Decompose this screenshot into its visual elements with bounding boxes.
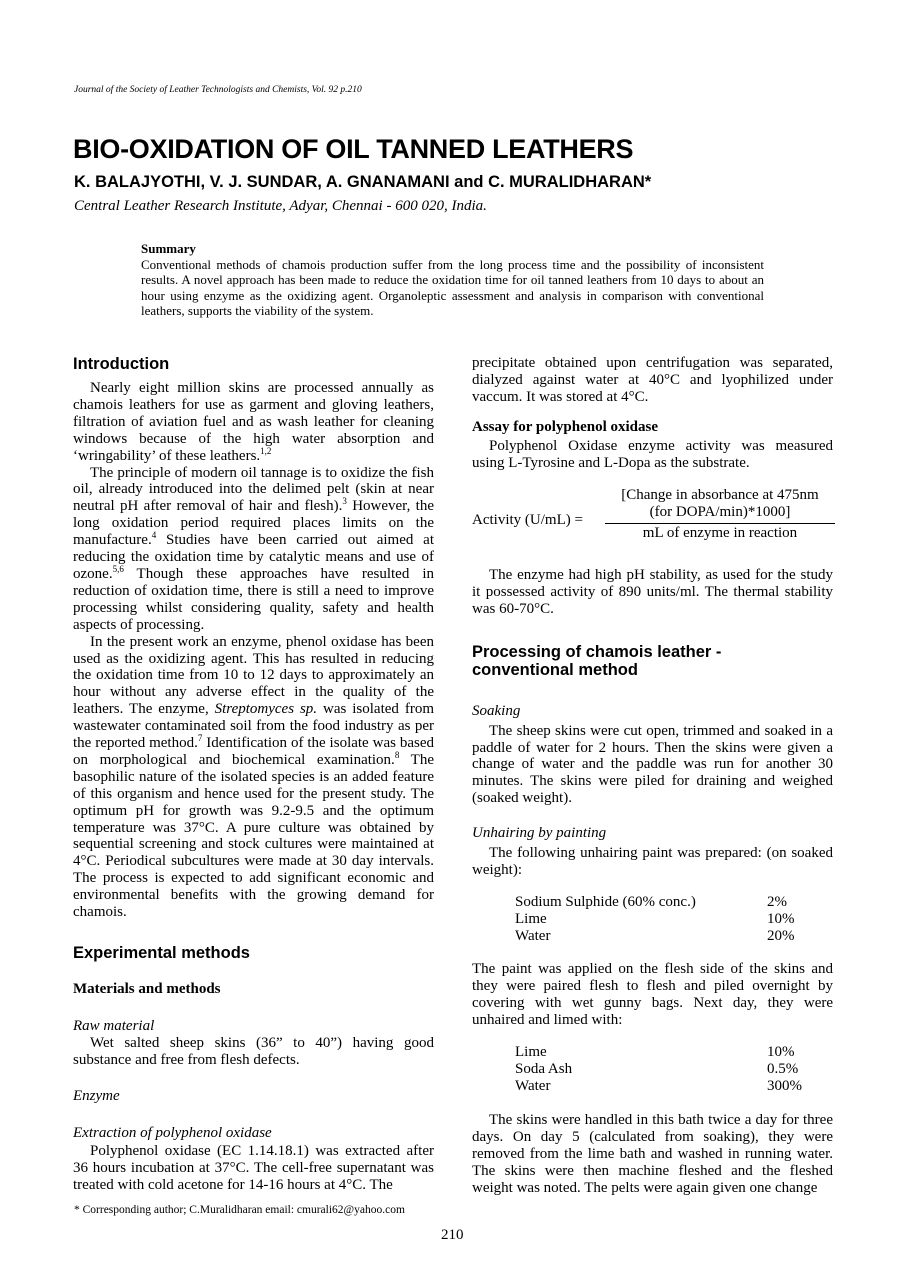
processing-heading-line-1: Processing of chamois leather - <box>472 643 833 661</box>
affiliation: Central Leather Research Institute, Adya… <box>74 198 487 215</box>
paint-recipe-table: Sodium Sulphide (60% conc.)2% Lime10% Wa… <box>515 894 795 945</box>
unhairing-text: The following unhairing paint was prepar… <box>472 845 833 879</box>
recipe-row: Soda Ash0.5% <box>515 1061 802 1078</box>
intro-paragraph-3: In the present work an enzyme, phenol ox… <box>73 634 434 921</box>
summary-heading: Summary <box>141 241 764 257</box>
paint-text: The paint was applied on the flesh side … <box>472 961 833 1029</box>
paint-paragraph-block: The paint was applied on the flesh side … <box>472 961 833 1029</box>
intro-p2-text-d: Though these approaches have resulted in… <box>73 566 434 633</box>
fraction-bar <box>605 523 835 524</box>
right-column-main: The enzyme had high pH stability, as use… <box>472 567 833 879</box>
intro-p1-text: Nearly eight million skins are processed… <box>73 380 434 464</box>
ingredient-amount: 10% <box>767 1044 795 1061</box>
journal-citation: Journal of the Society of Leather Techno… <box>74 85 362 95</box>
recipe-row: Water20% <box>515 928 795 945</box>
liming-paragraph-block: The skins were handled in this bath twic… <box>472 1112 833 1197</box>
extraction-continued: precipitate obtained upon centrifugation… <box>472 355 833 406</box>
assay-text: Polyphenol Oxidase enzyme activity was m… <box>472 438 833 472</box>
formula-denominator: mL of enzyme in reaction <box>605 525 835 542</box>
intro-p3-text-d: The basophilic nature of the isolated sp… <box>73 752 434 920</box>
left-column: Introduction Nearly eight million skins … <box>73 355 434 1194</box>
liming-text: The skins were handled in this bath twic… <box>472 1112 833 1197</box>
recipe-row: Water300% <box>515 1078 802 1095</box>
ingredient-amount: 20% <box>767 928 795 945</box>
processing-heading-line-2: conventional method <box>472 661 833 679</box>
numerator-line-1: [Change in absorbance at 475nm <box>605 487 835 504</box>
ingredient-name: Soda Ash <box>515 1061 767 1078</box>
right-column-top: precipitate obtained upon centrifugation… <box>472 355 833 471</box>
soaking-heading: Soaking <box>472 703 833 720</box>
ingredient-name: Water <box>515 928 767 945</box>
soaking-text: The sheep skins were cut open, trimmed a… <box>472 723 833 808</box>
ingredient-amount: 300% <box>767 1078 802 1095</box>
ingredient-amount: 2% <box>767 894 787 911</box>
formula-lhs: Activity (U/mL) = <box>472 512 583 529</box>
ingredient-amount: 10% <box>767 911 795 928</box>
introduction-heading: Introduction <box>73 355 434 373</box>
enzyme-heading: Enzyme <box>73 1088 434 1105</box>
ingredient-amount: 0.5% <box>767 1061 798 1078</box>
extraction-heading: Extraction of polyphenol oxidase <box>73 1125 434 1142</box>
ingredient-name: Sodium Sulphide (60% conc.) <box>515 894 767 911</box>
summary-block: Summary Conventional methods of chamois … <box>141 241 764 319</box>
page-number: 210 <box>441 1227 464 1244</box>
processing-heading: Processing of chamois leather - conventi… <box>472 643 833 679</box>
paper-title: BIO-OXIDATION OF OIL TANNED LEATHERS <box>73 134 633 165</box>
citation-ref: 5,6 <box>113 564 124 574</box>
assay-heading: Assay for polyphenol oxidase <box>472 419 833 436</box>
formula-numerator: [Change in absorbance at 475nm (for DOPA… <box>605 487 835 521</box>
experimental-heading: Experimental methods <box>73 944 434 962</box>
summary-text: Conventional methods of chamois producti… <box>141 257 764 319</box>
ingredient-name: Water <box>515 1078 767 1095</box>
numerator-line-2: (for DOPA/min)*1000] <box>605 504 835 521</box>
liming-recipe-table: Lime10% Soda Ash0.5% Water300% <box>515 1044 802 1095</box>
species-name: Streptomyces sp. <box>215 701 317 717</box>
recipe-row: Lime10% <box>515 911 795 928</box>
unhairing-heading: Unhairing by painting <box>472 825 833 842</box>
intro-paragraph-1: Nearly eight million skins are processed… <box>73 380 434 465</box>
extraction-text: Polyphenol oxidase (EC 1.14.18.1) was ex… <box>73 1143 434 1194</box>
ingredient-name: Lime <box>515 911 767 928</box>
recipe-row: Sodium Sulphide (60% conc.)2% <box>515 894 795 911</box>
raw-material-text: Wet salted sheep skins (36” to 40”) havi… <box>73 1035 434 1069</box>
author-list: K. BALAJYOTHI, V. J. SUNDAR, A. GNANAMAN… <box>74 173 651 192</box>
materials-heading: Materials and methods <box>73 981 434 998</box>
citation-ref: 1,2 <box>260 446 271 456</box>
ingredient-name: Lime <box>515 1044 767 1061</box>
recipe-row: Lime10% <box>515 1044 802 1061</box>
corresponding-author-footnote: * Corresponding author; C.Muralidharan e… <box>74 1204 405 1216</box>
intro-paragraph-2: The principle of modern oil tannage is t… <box>73 465 434 634</box>
stability-text: The enzyme had high pH stability, as use… <box>472 567 833 618</box>
activity-formula: Activity (U/mL) = [Change in absorbance … <box>472 487 835 545</box>
raw-material-heading: Raw material <box>73 1018 434 1035</box>
